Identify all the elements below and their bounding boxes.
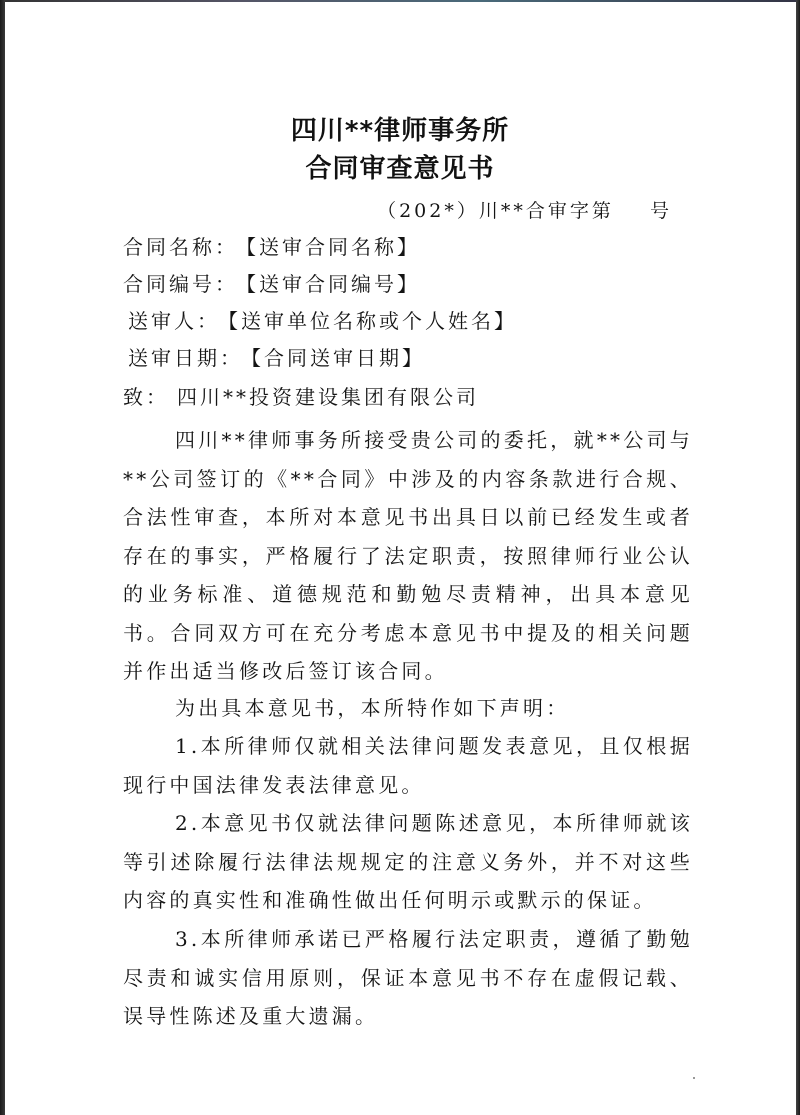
declaration-item-2: 2.本意见书仅就法律问题陈述意见，本所律师就该等引述除履行法律法规规定的注意义务… [123,804,693,920]
meta-label: 合同编号： [123,272,238,296]
document-title: 合同审查意见书 [0,148,800,185]
addressee: 致：四川**投资建设集团有限公司 [123,381,479,410]
addressee-label: 致： [123,385,169,409]
law-firm-name: 四川**律师事务所 [0,110,800,147]
meta-label: 送审日期： [128,346,243,370]
declaration-intro: 为出具本意见书，本所特作如下声明： [123,689,693,728]
meta-label: 合同名称： [123,235,238,259]
reference-number: （202*）川**合审字第 号 [377,196,672,223]
meta-contract-name: 合同名称：【送审合同名称】 [123,231,420,260]
declaration-item-3: 3.本所律师承诺已严格履行法定职责，遵循了勤勉尽责和诚实信用原则，保证本意见书不… [123,920,693,1036]
meta-value: 【合同送审日期】 [251,346,425,370]
meta-submitter: 送审人：【送审单位名称或个人姓名】 [128,305,517,334]
addressee-value: 四川**投资建设集团有限公司 [177,385,479,409]
declaration-item-1: 1.本所律师仅就相关法律问题发表意见，且仅根据现行中国法律发表法律意见。 [123,727,693,804]
meta-value: 【送审合同编号】 [246,272,420,296]
meta-contract-number: 合同编号：【送审合同编号】 [123,268,420,297]
intro-paragraph: 四川**律师事务所接受贵公司的委托，就**公司与**公司签订的《**合同》中涉及… [123,421,693,691]
meta-submission-date: 送审日期：【合同送审日期】 [128,342,425,371]
scan-speck [693,1077,695,1079]
meta-label: 送审人： [128,309,220,333]
meta-value: 【送审合同名称】 [246,235,420,259]
meta-value: 【送审单位名称或个人姓名】 [228,309,517,333]
